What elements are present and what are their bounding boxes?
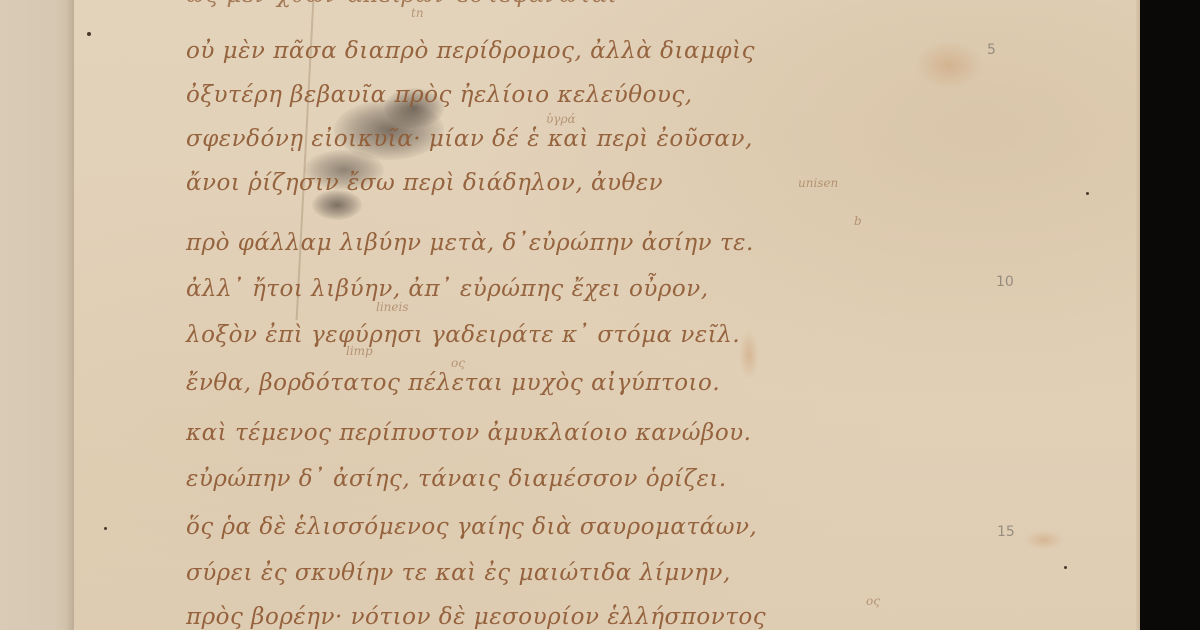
- text-line-13: σύρει ἐς σκυθίην τε καὶ ἐς μαιώτιδα λίμν…: [186, 560, 731, 586]
- text-line-4: σφενδόνῃ εἰοικυῖα· μίαν δέ ἑ καὶ περὶ ἐο…: [186, 126, 753, 152]
- manuscript-page: ὡς μὲν χθὼν ἀπείρων ἐστεφάνωται οὐ μὲν π…: [74, 0, 1140, 630]
- line-number-15: 15: [997, 524, 1015, 540]
- interlinear-gloss: ος: [866, 594, 880, 608]
- interlinear-gloss: tn: [411, 6, 424, 20]
- text-line-1: ὡς μὲν χθὼν ἀπείρων ἐστεφάνωται: [186, 0, 617, 8]
- speck: [1064, 566, 1067, 569]
- interlinear-gloss: ος: [451, 356, 465, 370]
- foxing-spot: [914, 40, 984, 90]
- interlinear-gloss: unisen: [798, 176, 838, 190]
- text-line-8: λοξὸν ἐπὶ γεφύρησι γαδειράτε κ᾽ στόμα νε…: [186, 322, 740, 348]
- speck: [1086, 192, 1089, 195]
- facing-page-edge: [0, 0, 76, 630]
- text-line-2: οὐ μὲν πᾶσα διαπρὸ περίδρομος, ἀλλὰ διαμ…: [186, 38, 755, 64]
- text-line-9: ἔνθα, βορδότατος πέλεται μυχὸς αἰγύπτοιο…: [186, 370, 720, 396]
- speck: [104, 527, 107, 530]
- scanner-background: [1140, 0, 1200, 630]
- text-line-5: ἄνοι ῥίζησιν ἔσω περὶ διάδηλον, ἀυθεν: [186, 170, 663, 196]
- text-line-3: ὀξυτέρη βεβαυῖα πρὸς ἠελίοιο κελεύθους,: [186, 82, 693, 108]
- line-number-5: 5: [987, 42, 996, 58]
- text-line-10: καὶ τέμενος περίπυστον ἀμυκλαίοιο κανώβο…: [186, 420, 751, 446]
- text-line-12: ὅς ῥα δὲ ἑλισσόμενος γαίης διὰ σαυροματά…: [186, 514, 757, 540]
- speck: [87, 32, 91, 36]
- line-number-10: 10: [996, 274, 1014, 290]
- manuscript-photo: ὡς μὲν χθὼν ἀπείρων ἐστεφάνωται οὐ μὲν π…: [0, 0, 1200, 630]
- text-line-14: πρὸς βορέην· νότιον δὲ μεσουρίον ἑλλήσπο…: [186, 604, 766, 630]
- interlinear-gloss: b: [854, 214, 862, 228]
- interlinear-gloss: ὑγρά: [546, 112, 576, 126]
- text-line-6: πρὸ φάλλαμ λιβύην μετὰ, δ᾽εὐρώπην ἀσίην …: [186, 230, 754, 256]
- foxing-spot: [1024, 530, 1064, 550]
- text-line-7: ἀλλ᾽ ἤτοι λιβύην, ἀπ᾽ εὐρώπης ἔχει οὖρον…: [186, 276, 709, 302]
- interlinear-gloss: lineis: [376, 300, 409, 314]
- interlinear-gloss: limp: [346, 344, 373, 358]
- foxing-spot: [739, 330, 759, 380]
- text-line-11: εὐρώπην δ᾽ ἀσίης, τάναις διαμέσσον ὁρίζε…: [186, 466, 727, 492]
